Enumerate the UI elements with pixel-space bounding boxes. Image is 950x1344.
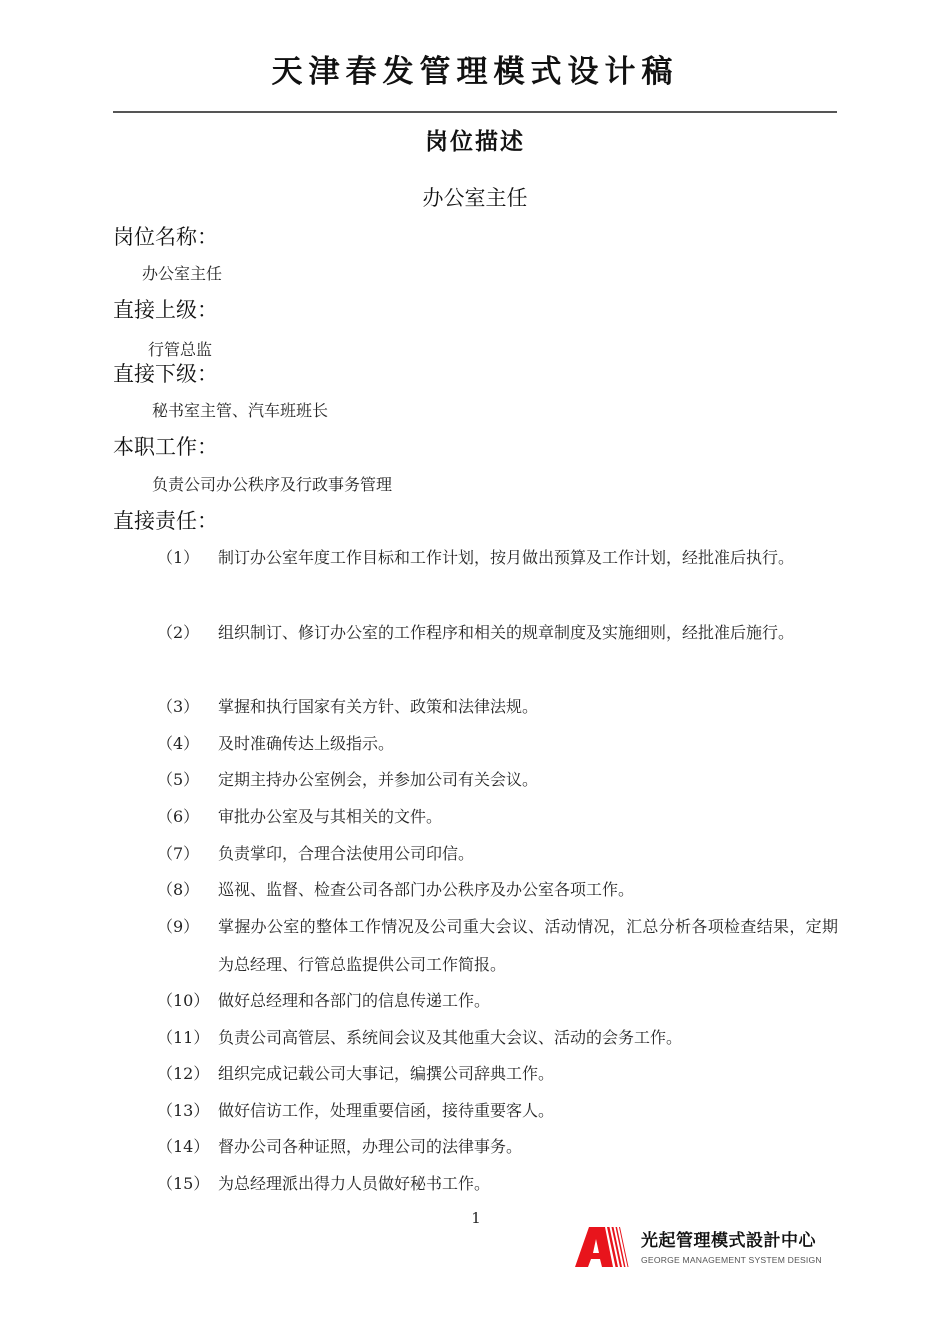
- duty-text: 做好信访工作，处理重要信函，接待重要客人。: [218, 1092, 838, 1130]
- page-number: 1: [468, 1208, 484, 1228]
- direct-subordinates-label: 直接下级：: [113, 360, 218, 388]
- duty-text: 定期主持办公室例会，并参加公司有关会议。: [218, 761, 838, 799]
- duty-text: 制订办公室年度工作目标和工作计划，按月做出预算及工作计划，经批准后执行。: [218, 539, 838, 577]
- header-divider: [113, 111, 837, 113]
- duty-number: （14）: [157, 1136, 209, 1158]
- duty-number: （7）: [157, 843, 199, 865]
- job-name-label: 岗位名称：: [113, 223, 218, 251]
- duty-number: （5）: [157, 769, 199, 791]
- logo-chinese-name: 光起管理模式設計中心: [641, 1231, 816, 1251]
- duty-text: 做好总经理和各部门的信息传递工作。: [218, 982, 838, 1020]
- duty-number: （15）: [157, 1173, 209, 1195]
- duty-number: （9）: [157, 916, 199, 938]
- duty-text: 审批办公室及与其相关的文件。: [218, 798, 838, 836]
- main-duty-value: 负责公司办公秩序及行政事务管理: [152, 474, 392, 496]
- duty-number: （10）: [157, 990, 209, 1012]
- duty-text: 负责公司高管层、系统间会议及其他重大会议、活动的会务工作。: [218, 1019, 838, 1057]
- responsibilities-label: 直接责任：: [113, 507, 218, 535]
- duty-number: （1）: [157, 547, 199, 569]
- duty-number: （11）: [157, 1027, 209, 1049]
- position-title: 办公室主任: [0, 184, 950, 212]
- duty-number: （3）: [157, 696, 199, 718]
- duty-text: 巡视、监督、检查公司各部门办公秩序及办公室各项工作。: [218, 871, 838, 909]
- duty-number: （6）: [157, 806, 199, 828]
- duty-number: （8）: [157, 879, 199, 901]
- job-name-value: 办公室主任: [142, 263, 222, 285]
- duty-number: （12）: [157, 1063, 209, 1085]
- direct-superior-label: 直接上级：: [113, 296, 218, 324]
- duty-text: 督办公司各种证照，办理公司的法律事务。: [218, 1128, 838, 1166]
- duty-number: （4）: [157, 733, 199, 755]
- duty-number: （13）: [157, 1100, 209, 1122]
- duty-text: 掌握和执行国家有关方针、政策和法律法规。: [218, 688, 838, 726]
- duty-text: 组织完成记载公司大事记，编撰公司辞典工作。: [218, 1055, 838, 1093]
- direct-superior-value: 行管总监: [148, 339, 212, 361]
- duty-text: 组织制订、修订办公室的工作程序和相关的规章制度及实施细则，经批准后施行。: [218, 614, 838, 652]
- duty-number: （2）: [157, 622, 199, 644]
- document-title: 天津春发管理模式设计稿: [0, 52, 950, 92]
- company-logo: 光起管理模式設計中心 GEORGE MANAGEMENT SYSTEM DESI…: [575, 1227, 840, 1269]
- duty-text: 为总经理派出得力人员做好秘书工作。: [218, 1165, 838, 1203]
- logo-english-name: GEORGE MANAGEMENT SYSTEM DESIGN: [641, 1255, 822, 1266]
- red-a-logo-icon: [575, 1227, 631, 1267]
- duty-text: 掌握办公室的整体工作情况及公司重大会议、活动情况，汇总分析各项检查结果，定期为总…: [218, 908, 838, 984]
- direct-subordinates-value: 秘书室主管、汽车班班长: [152, 400, 328, 422]
- document-page: 天津春发管理模式设计稿 岗位描述 办公室主任 岗位名称： 办公室主任 直接上级：…: [0, 0, 950, 1344]
- duty-text: 负责掌印，合理合法使用公司印信。: [218, 835, 838, 873]
- duty-text: 及时准确传达上级指示。: [218, 725, 838, 763]
- section-title: 岗位描述: [0, 126, 950, 158]
- main-duty-label: 本职工作：: [113, 433, 218, 461]
